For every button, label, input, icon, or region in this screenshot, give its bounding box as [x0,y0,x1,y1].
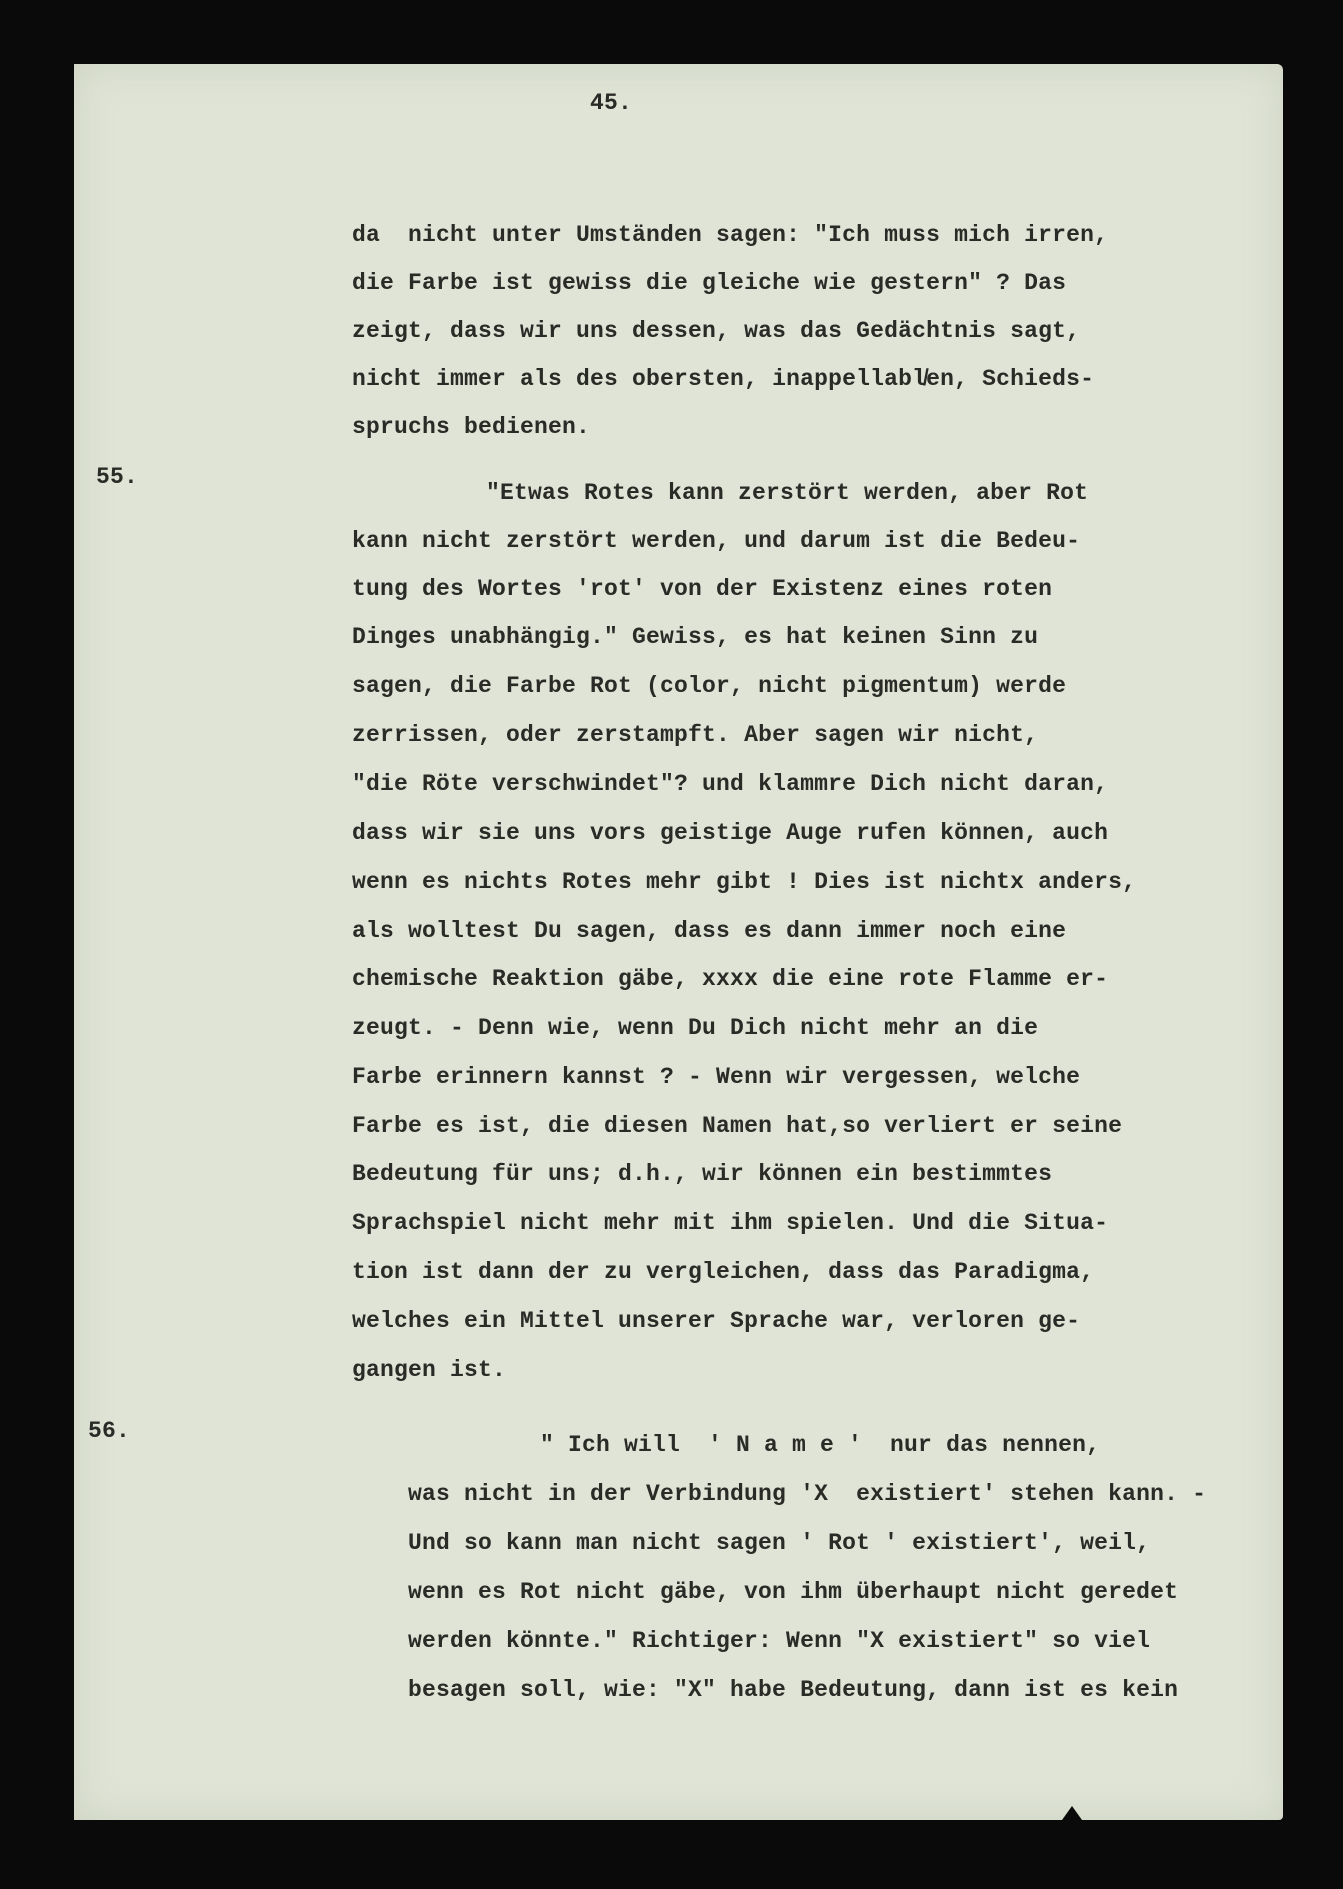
text-line: da nicht unter Umständen sagen: "Ich mus… [352,222,1108,248]
text-line: zeugt. - Denn wie, wenn Du Dich nicht me… [352,1015,1038,1041]
text-line: Sprachspiel nicht mehr mit ihm spielen. … [352,1210,1108,1236]
text-line: tion ist dann der zu vergleichen, dass d… [352,1259,1094,1285]
text-line: " Ich will ' N a m e ' nur das nennen, [540,1432,1100,1458]
text-line: Farbe es ist, die diesen Namen hat,so ve… [352,1113,1122,1139]
text-line: nicht immer als des obersten, inappellab… [352,366,1094,392]
text-line: zerrissen, oder zerstampft. Aber sagen w… [352,722,1038,748]
page-number: 45. [590,90,632,116]
text-line: zeigt, dass wir uns dessen, was das Gedä… [352,318,1080,344]
text-line: was nicht in der Verbindung 'X existiert… [408,1481,1206,1507]
paper-tear [1062,1806,1082,1820]
text-line: wenn es Rot nicht gäbe, von ihm überhaup… [408,1579,1178,1605]
text-line: als wolltest Du sagen, dass es dann imme… [352,918,1066,944]
text-line: Dinges unabhängig." Gewiss, es hat keine… [352,624,1038,650]
section-number-55: 55. [96,464,138,490]
text-line: tung des Wortes 'rot' von der Existenz e… [352,576,1052,602]
text-line: dass wir sie uns vors geistige Auge rufe… [352,820,1108,846]
text-line: besagen soll, wie: "X" habe Bedeutung, d… [408,1677,1178,1703]
text-line: werden könnte." Richtiger: Wenn "X exist… [408,1628,1150,1654]
text-line: wenn es nichts Rotes mehr gibt ! Dies is… [352,869,1136,895]
text-line: gangen ist. [352,1357,506,1383]
text-line: sagen, die Farbe Rot (color, nicht pigme… [352,673,1066,699]
text-line: welches ein Mittel unserer Sprache war, … [352,1308,1080,1334]
text-line: kann nicht zerstört werden, und darum is… [352,528,1080,554]
text-line: chemische Reaktion gäbe, xxxx die eine r… [352,966,1108,992]
section-number-56: 56. [88,1418,130,1444]
text-line: die Farbe ist gewiss die gleiche wie ges… [352,270,1066,296]
text-line: Bedeutung für uns; d.h., wir können ein … [352,1161,1052,1187]
text-line: spruchs bedienen. [352,414,590,440]
text-line: Und so kann man nicht sagen ' Rot ' exis… [408,1530,1150,1556]
text-line: Farbe erinnern kannst ? - Wenn wir verge… [352,1064,1080,1090]
text-line: "Etwas Rotes kann zerstört werden, aber … [486,480,1088,506]
text-line: "die Röte verschwindet"? und klammre Dic… [352,771,1108,797]
